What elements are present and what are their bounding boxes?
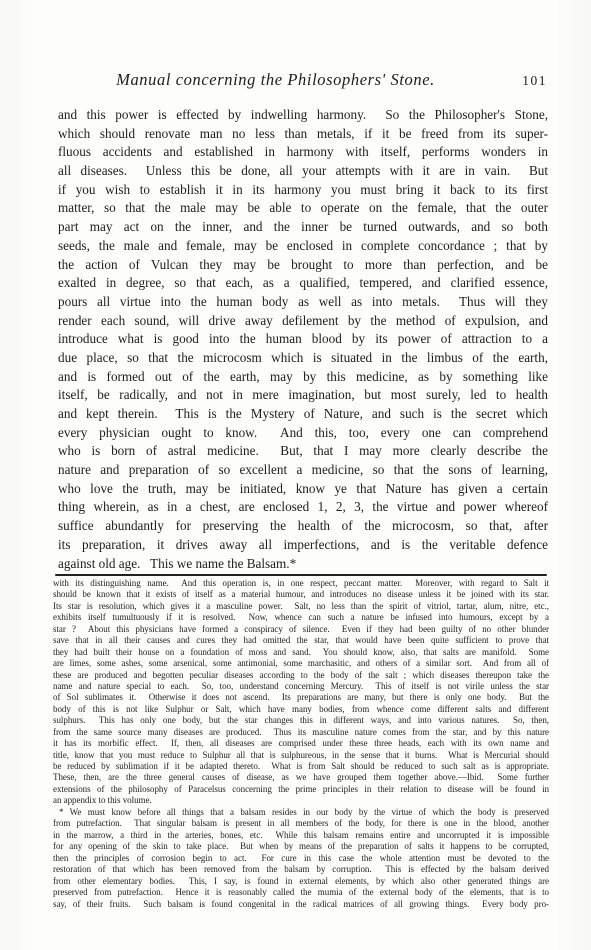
page-number: 101 — [522, 73, 547, 89]
book-page-scan: Manual concerning the Philosophers' Ston… — [0, 0, 591, 950]
text-line: star ? About this physicians have formed… — [53, 624, 549, 635]
text-line: Its star is resolution, which gives it a… — [53, 601, 549, 612]
text-line: of Sol sublimates it. Otherwise it does … — [53, 692, 549, 703]
text-line: every physician ought to know. And this,… — [58, 424, 548, 443]
text-line: an appendix to this volume. — [53, 795, 549, 806]
text-line: title, know that you must reduce to Sulp… — [53, 750, 549, 761]
text-line: introduce what is good into the human bl… — [58, 330, 548, 349]
text-line: who love the truth, may be initiated, kn… — [58, 480, 548, 499]
text-line: in the marrow, a third in the arteries, … — [53, 830, 549, 841]
text-line: matter, so that the male may be able to … — [58, 199, 548, 218]
text-line: who is born of astral medicine. But, tha… — [58, 442, 548, 461]
text-line: the action of Vulcan they may be brought… — [58, 256, 548, 275]
text-line: all diseases. Unless this be done, all y… — [58, 162, 548, 181]
text-line: from the same source many diseases are p… — [53, 727, 549, 738]
text-line: thing wherein, as in a chest, are enclos… — [58, 498, 548, 517]
text-line: fluous accidents and established in harm… — [58, 143, 548, 162]
text-line: it has its morbific effect. If, then, al… — [53, 738, 549, 749]
text-line: render each sound, will drive away defil… — [58, 312, 548, 331]
text-line: pours all virtue into the human body as … — [58, 293, 548, 312]
text-line: they had built their house on a foundati… — [53, 647, 549, 658]
text-line: * We must know before all things that a … — [53, 807, 549, 818]
text-line: itself, be radically, and not in mere im… — [58, 386, 548, 405]
text-line: restoration of that which has been remov… — [53, 864, 549, 875]
text-line: against old age. This we name the Balsam… — [58, 555, 548, 574]
text-line: say, of their fruits. Such balsam is fou… — [53, 899, 549, 910]
running-title: Manual concerning the Philosophers' Ston… — [87, 70, 464, 90]
text-line: from other elementary bodies. This, I sa… — [53, 876, 549, 887]
text-line: sulphurs. This has only one body, but th… — [53, 715, 549, 726]
text-line: save that in all their causes and cures … — [53, 635, 549, 646]
footnote-asterisk: * We must know before all things that a … — [53, 807, 549, 910]
text-line: seeds, the male and female, may be enclo… — [58, 237, 548, 256]
text-line: due place, so that the microcosm which i… — [58, 349, 548, 368]
text-line: exhibits itself tumultuously if it is re… — [53, 612, 549, 623]
text-line: from putrefaction. That singular balsam … — [53, 818, 549, 829]
text-line: exalted in degree, so that each, as a qu… — [58, 274, 548, 293]
footnote-continuation: with its distinguishing name. And this o… — [53, 578, 549, 807]
text-line: its preparation, it drives away all impe… — [58, 536, 548, 555]
text-line: part may act on the inner, and the inner… — [58, 218, 548, 237]
body-text: and this power is effected by indwelling… — [58, 106, 548, 573]
text-line: these are produced and begotten peculiar… — [53, 670, 549, 681]
text-line: if you wish to establish it in its harmo… — [58, 181, 548, 200]
text-line: and this power is effected by indwelling… — [58, 106, 548, 125]
text-line: suffice abundantly for preserving the he… — [58, 517, 548, 536]
text-line: name and nature special to each. So, too… — [53, 681, 549, 692]
text-line: extensions of the philosophy of Paracels… — [53, 784, 549, 795]
text-line: are limes, some ashes, some arsenical, s… — [53, 658, 549, 669]
text-line: be reduced by sublimation if it be adapt… — [53, 761, 549, 772]
text-line: body of this is not like Sulphur or Salt… — [53, 704, 549, 715]
text-line: nature and preparation of so excellent a… — [58, 461, 548, 480]
text-line: and is formed out of the earth, may by t… — [58, 368, 548, 387]
text-line: These, then, are the three general cause… — [53, 772, 549, 783]
text-line: preserved from putrefaction. Hence it is… — [53, 887, 549, 898]
page-header: Manual concerning the Philosophers' Ston… — [57, 70, 549, 94]
text-line: then the principles of corrosion begin t… — [53, 853, 549, 864]
text-line: and kept therein. This is the Mystery of… — [58, 405, 548, 424]
text-line: with its distinguishing name. And this o… — [53, 578, 549, 589]
text-line: for any opening of the skin to take plac… — [53, 841, 549, 852]
footnote-separator-rule — [55, 574, 547, 576]
text-line: which should renovate man no less than m… — [58, 125, 548, 144]
text-line: should be known that it exists of itself… — [53, 589, 549, 600]
